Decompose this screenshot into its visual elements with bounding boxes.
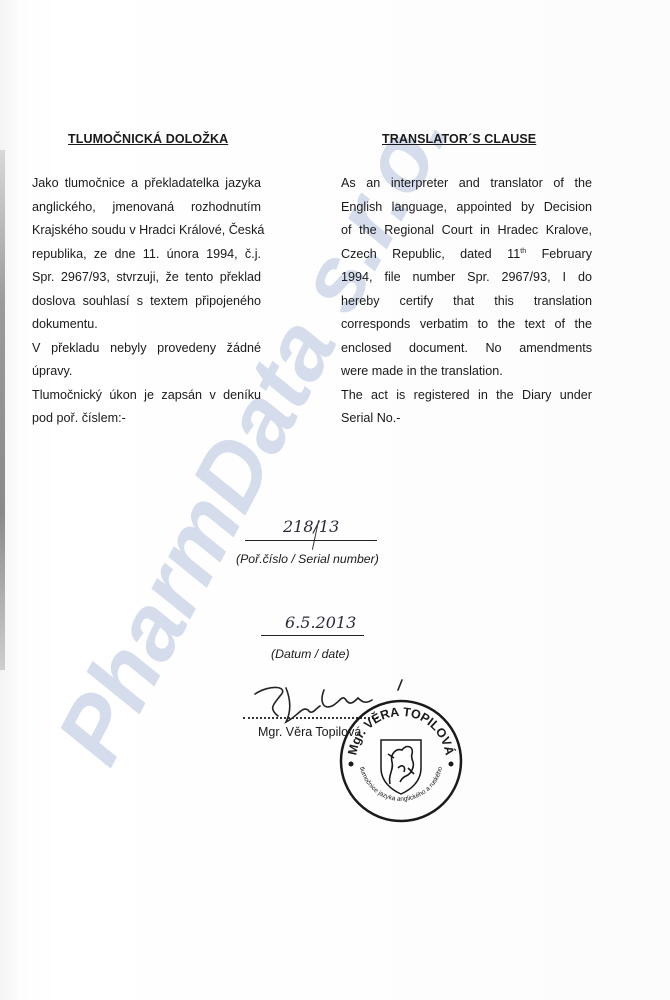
english-clause-text: As an interpreter and translator of the … (341, 172, 592, 431)
cz-line: pod poř. číslem:- (32, 407, 261, 431)
en-line: were made in the translation. (341, 360, 592, 384)
english-heading: TRANSLATOR´S CLAUSE (382, 132, 536, 146)
serial-number-handwritten: 218/13 (283, 517, 339, 536)
date-rule (261, 635, 364, 636)
scan-edge-shadow (0, 150, 5, 670)
cz-line: anglického, jmenovaná rozhodnutím (32, 196, 261, 220)
cz-line: republika, ze dne 11. února 1994, č.j. (32, 243, 261, 267)
en-line: 1994, file number Spr. 2967/93, I do (341, 266, 592, 290)
cz-line: V překladu nebyly provedeny žádné (32, 337, 261, 361)
serial-number-rule (245, 540, 377, 541)
en-line: enclosed document. No amendments (341, 337, 592, 361)
en-line: of the Regional Court in Hradec Kralove, (341, 219, 592, 243)
cz-line: Tlumočnický úkon je zapsán v deníku (32, 384, 261, 408)
en-line: hereby certify that this translation (341, 290, 592, 314)
cz-line: doslova souhlasí s textem připojeného (32, 290, 261, 314)
en-line: English language, appointed by Decision (341, 196, 592, 220)
czech-heading: TLUMOČNICKÁ DOLOŽKA (68, 132, 228, 146)
date-handwritten: 6.5.2013 (285, 613, 356, 632)
en-line: As an interpreter and translator of the (341, 172, 592, 196)
cz-line: dokumentu. (32, 313, 261, 337)
watermark: PharmData s.r.o. (0, 0, 670, 1000)
shield-icon (381, 740, 421, 794)
en-line: Serial No.- (341, 407, 592, 431)
en-line: The act is registered in the Diary under (341, 384, 592, 408)
cz-line: Krajského soudu v Hradci Králové, Česká (32, 219, 261, 243)
cz-line: Spr. 2967/93, stvrzuji, že tento překlad (32, 266, 261, 290)
czech-clause-text: Jako tlumočnice a překladatelka jazyka a… (32, 172, 261, 431)
en-line: Czech Republic, dated 11th February (341, 243, 592, 267)
official-stamp: Mgr. VĚRA TOPILOVÁ tlumočnice jazyka ang… (338, 698, 464, 824)
en-line: corresponds verbatim to the text of the (341, 313, 592, 337)
cz-line: úpravy. (32, 360, 261, 384)
document-page: PharmData s.r.o. TLUMOČNICKÁ DOLOŽKA TRA… (0, 0, 670, 1000)
cz-line: Jako tlumočnice a překladatelka jazyka (32, 172, 261, 196)
date-caption: (Datum / date) (271, 647, 350, 661)
serial-number-caption: (Poř.číslo / Serial number) (236, 552, 379, 566)
